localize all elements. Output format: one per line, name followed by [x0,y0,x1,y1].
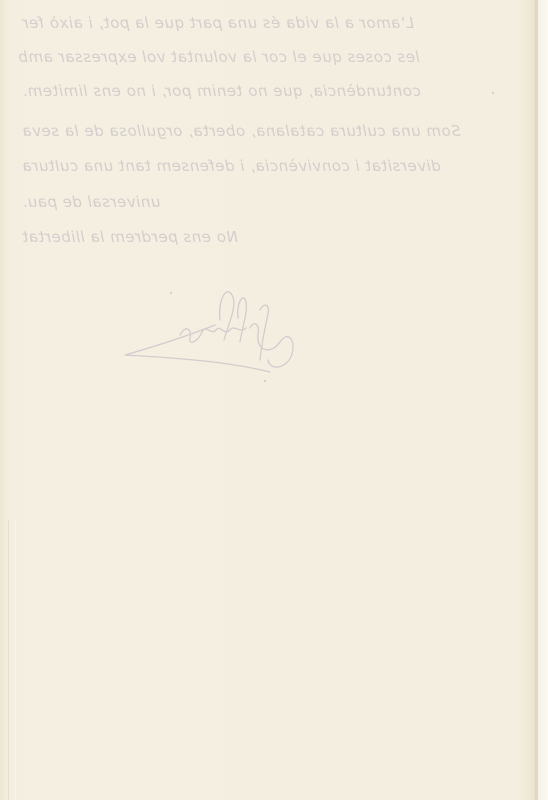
page-edge-lines [8,520,16,800]
text-line-4: Som una cultura catalana, oberta, orgull… [22,122,461,140]
text-line-6: universal de pau. [22,193,160,211]
text-line-7: No ens perdrem la llibertat [22,228,238,246]
text-line-5: diversitat i convivència, i defensem tan… [22,157,441,175]
paper-speck [492,92,494,94]
text-line-3: contundència, que no tenim por, i no ens… [22,82,421,100]
text-line-1: L'amor a la vida és una part que la pot,… [22,14,414,32]
signature-icon [120,280,320,390]
scanned-page: L'amor a la vida és una part que la pot,… [0,0,548,800]
paper-speck [264,380,266,382]
mirrored-bleed-through-text: L'amor a la vida és una part que la pot,… [0,0,548,300]
paper-speck [170,292,172,294]
text-line-2: les coses que el cor la voluntat vol exp… [18,48,420,66]
